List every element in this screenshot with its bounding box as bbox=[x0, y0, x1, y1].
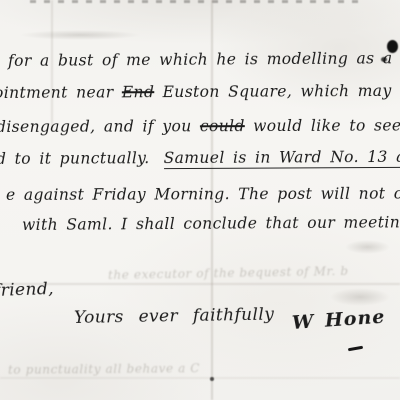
line-3-struck-word: could bbox=[200, 117, 245, 135]
ink-blot-top-right bbox=[387, 40, 398, 53]
paper-stain-top-left bbox=[20, 30, 140, 40]
signature-flourish bbox=[348, 346, 363, 352]
bleedthrough-line-mid: the executor of the bequest of Mr. b bbox=[108, 264, 349, 282]
letter-line-2: ointment near End Euston Square, which m… bbox=[0, 81, 400, 102]
letter-line-6: with Saml. I shall conclude that our mee… bbox=[22, 213, 400, 234]
signature: W Hone bbox=[291, 306, 386, 334]
line-3-text-after: would like to see me, and can ar bbox=[245, 116, 400, 135]
line-2-text: ointment near bbox=[0, 83, 122, 102]
salutation-fragment: friend, bbox=[0, 279, 54, 301]
letter-line-1: for a bust of me which he is modelling a… bbox=[8, 49, 400, 70]
letter-line-4: d to it punctually.Samuel is in Ward No.… bbox=[0, 147, 400, 168]
line-2-text-after: Euston Square, which may detain me u bbox=[154, 81, 400, 101]
line-4-underlined-text: Samuel is in Ward No. 13 at Mrs Car bbox=[164, 147, 400, 169]
line-3-text: disengaged, and if you bbox=[0, 117, 200, 136]
ink-smudge-right-upper bbox=[345, 240, 390, 254]
fold-crease-horizontal bbox=[0, 283, 400, 285]
valediction: Yours ever faithfully bbox=[74, 305, 275, 328]
fold-crease-horizontal-bottom bbox=[0, 377, 400, 379]
line-2-struck-word: End bbox=[122, 83, 155, 101]
letter-scan: for a bust of me which he is modelling a… bbox=[0, 0, 400, 400]
paper-edge-speckle bbox=[30, 0, 360, 3]
ink-smudge-right bbox=[330, 288, 390, 306]
ink-dot-bottom bbox=[210, 377, 214, 381]
ink-mark-right-edge bbox=[381, 57, 387, 62]
bleedthrough-line-bottom: to punctuality all behave a C bbox=[8, 361, 200, 377]
line-4-text: d to it punctually. bbox=[0, 149, 150, 168]
letter-line-5: e against Friday Morning. The post will … bbox=[6, 184, 400, 204]
letter-line-3: disengaged, and if you could would like … bbox=[0, 116, 400, 136]
